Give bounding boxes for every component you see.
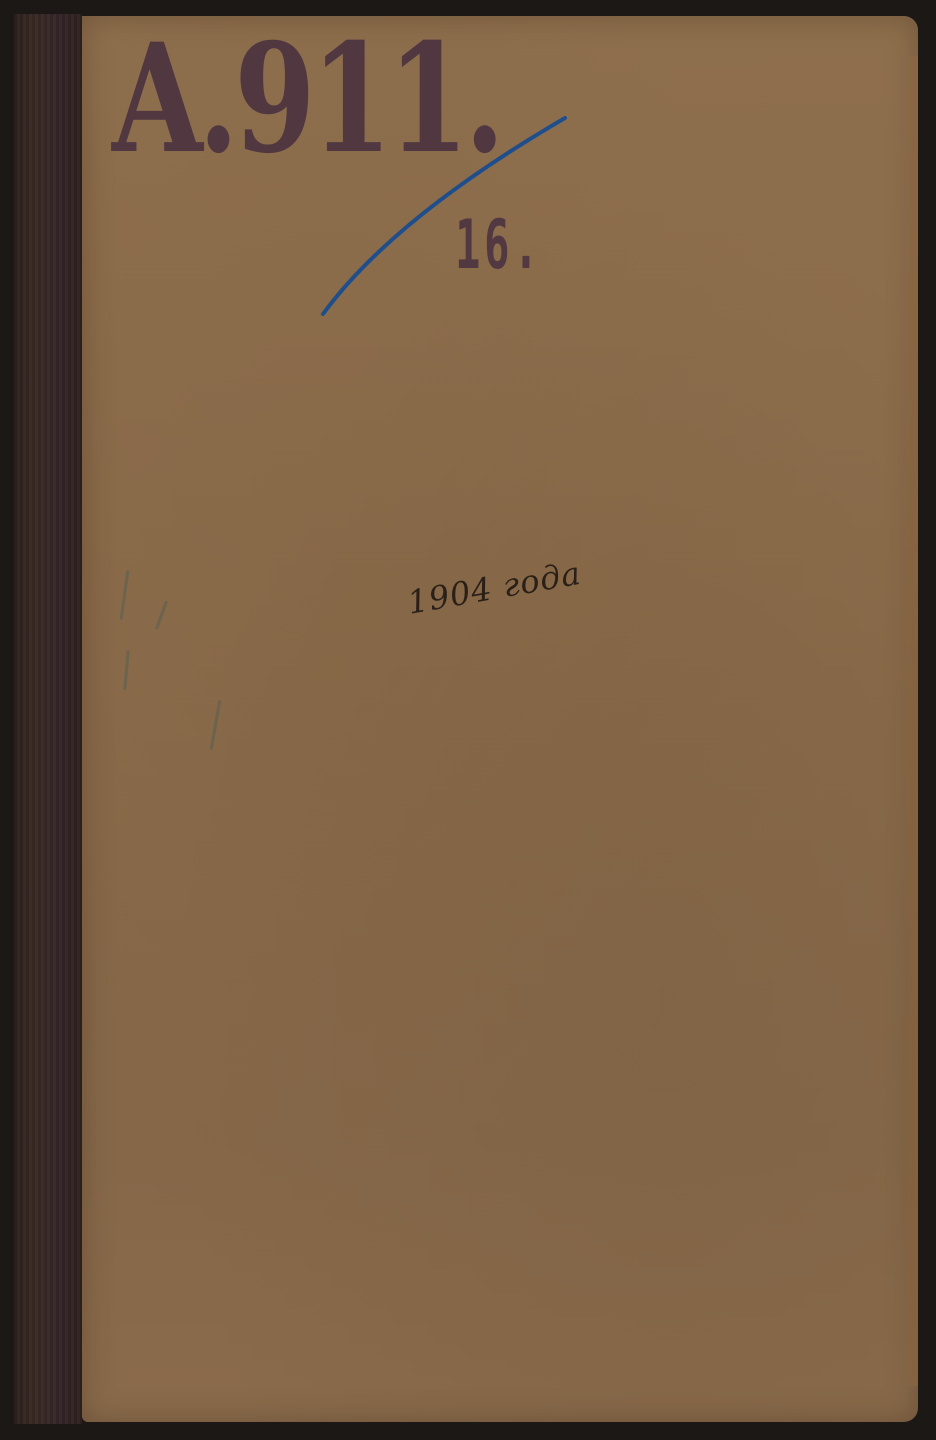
archive-stamp-number: A.911. — [112, 24, 500, 174]
archive-stamp-subnumber: 16. — [455, 212, 542, 280]
scanned-document: A.911. 16. 1904 года — [0, 0, 936, 1440]
book-spine — [14, 14, 82, 1424]
